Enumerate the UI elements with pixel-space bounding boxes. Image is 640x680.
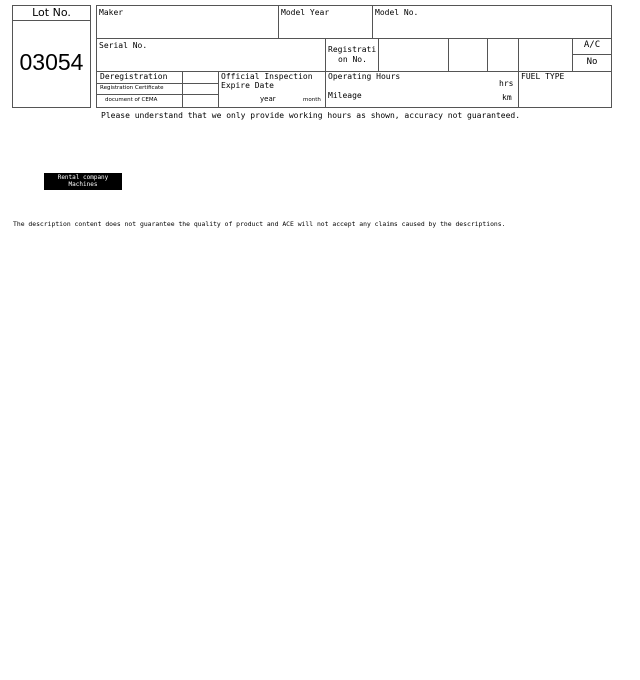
ac-divider (572, 54, 612, 55)
ac-label: A/C (572, 41, 612, 50)
rental-company-badge: Rental company Machines (44, 173, 122, 190)
lot-divider (12, 20, 91, 21)
col-divider-inspection (218, 71, 219, 108)
fuel-type-label: FUEL TYPE (521, 73, 564, 81)
model-year-label: Model Year (281, 9, 329, 17)
registration-certificate-label: Registration Certificate (100, 86, 163, 92)
col-divider-fuel (518, 38, 519, 108)
rental-badge-line-2: Machines (44, 182, 122, 189)
row-divider-dereg-2 (96, 94, 218, 95)
official-inspection-label-2: Expire Date (221, 82, 274, 90)
col-divider-reg-2 (487, 38, 488, 71)
col-divider-dereg (182, 71, 183, 108)
mileage-unit: km (502, 94, 512, 102)
year-unit: year (260, 96, 276, 103)
hours-unit: hrs (499, 80, 513, 88)
deregistration-label: Deregistration (100, 73, 167, 81)
row-divider-dereg-1 (96, 83, 218, 84)
col-divider-regno (378, 38, 379, 71)
ac-value: No (572, 58, 612, 67)
registration-no-label-1: Registrati (328, 46, 376, 54)
lot-number: 03054 (12, 51, 91, 74)
disclaimer: The description content does not guarant… (13, 221, 505, 227)
col-divider-maker (278, 5, 279, 38)
col-divider-serial (325, 38, 326, 108)
row-divider-1 (96, 38, 612, 39)
maker-label: Maker (99, 9, 123, 17)
registration-no-label-2: on No. (338, 56, 367, 64)
mileage-label: Mileage (328, 92, 362, 100)
document-cema-label: document of CEMA (105, 98, 157, 104)
col-divider-modelyear (372, 5, 373, 38)
serial-no-label: Serial No. (99, 42, 147, 50)
lot-label: Lot No. (12, 7, 91, 18)
operating-hours-label: Operating Hours (328, 73, 400, 81)
hours-notice: Please understand that we only provide w… (101, 112, 520, 120)
official-inspection-label-1: Official Inspection (221, 73, 313, 81)
month-unit: month (303, 98, 321, 104)
model-no-label: Model No. (375, 9, 418, 17)
col-divider-reg-1 (448, 38, 449, 71)
